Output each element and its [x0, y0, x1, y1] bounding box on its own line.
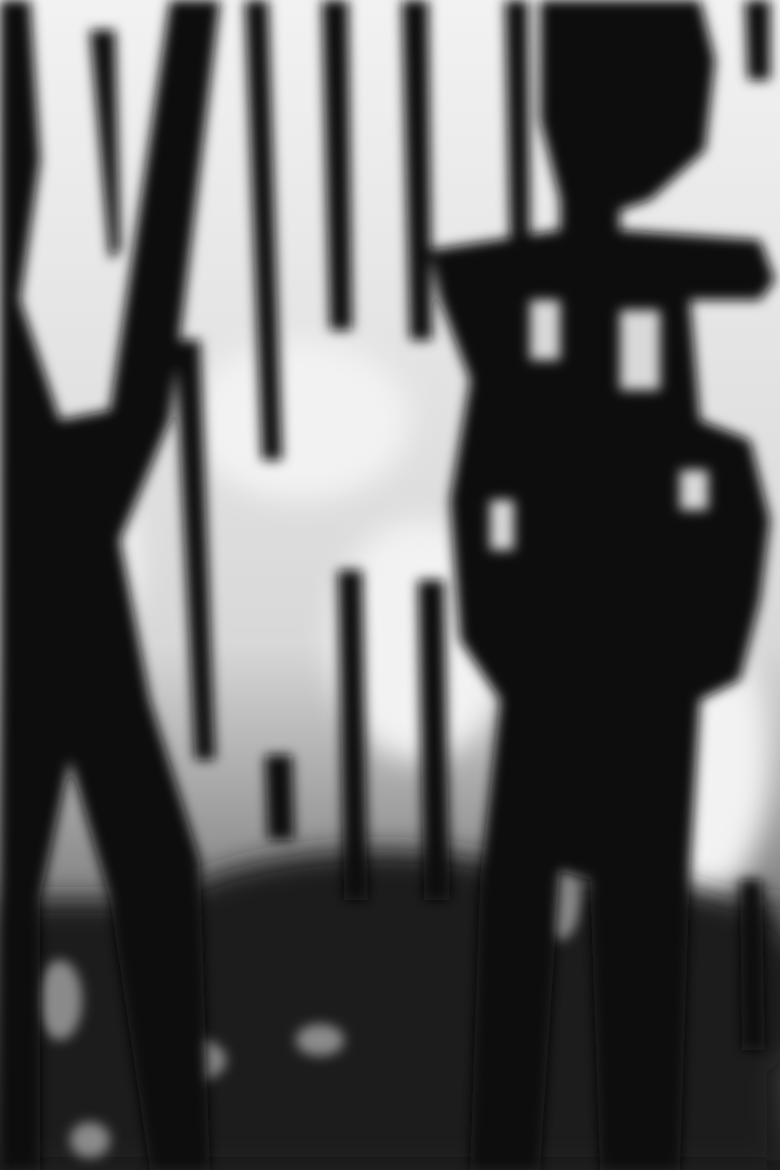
pole-10 — [745, 0, 770, 80]
film-still: Grainy black-and-white film still: dark … — [0, 0, 780, 1170]
pole-8 — [265, 755, 294, 840]
pole-9 — [740, 880, 765, 1050]
scene-canvas — [0, 0, 780, 1170]
